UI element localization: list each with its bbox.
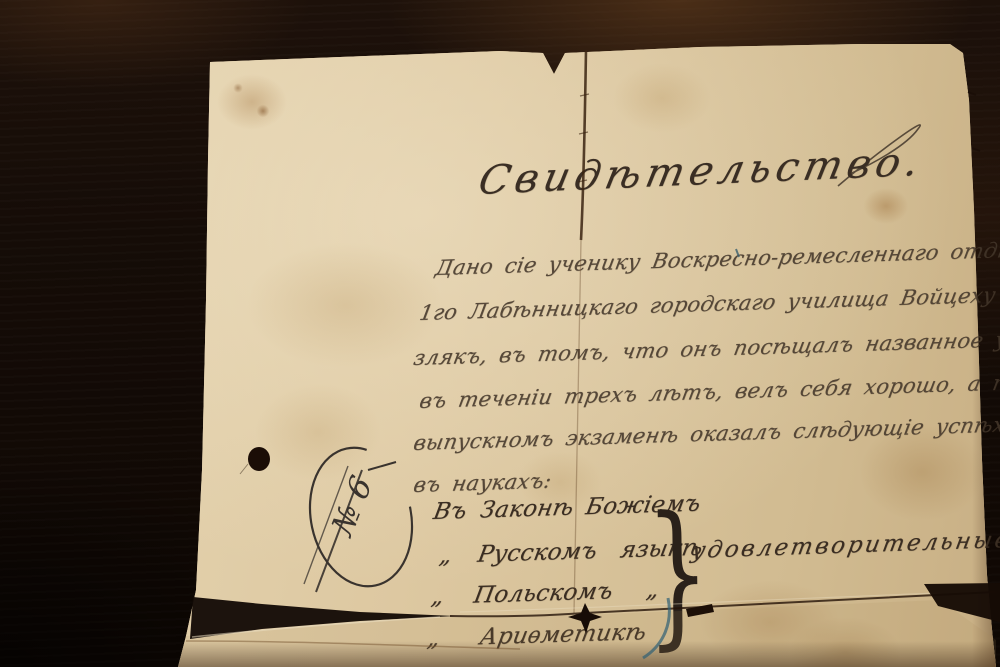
photo-stage: Свидѣтельство. Дано сіе ученику Воскресн… (0, 0, 1000, 667)
subject-name: Польскомъ (472, 578, 615, 608)
subject-name: Ариѳметикѣ (478, 619, 649, 650)
grouping-brace: } (645, 494, 711, 651)
subject-prefix: Въ (431, 498, 469, 525)
body-line: въ наукахъ: (412, 469, 554, 497)
